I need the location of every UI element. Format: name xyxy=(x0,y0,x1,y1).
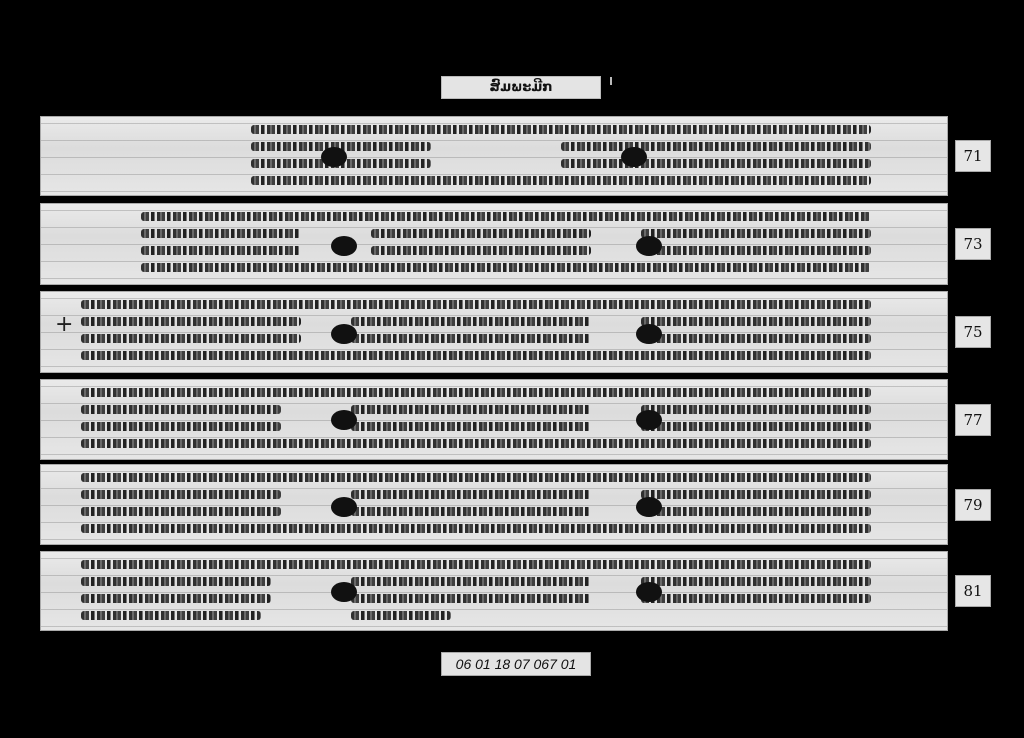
palm-leaf-79 xyxy=(40,464,948,545)
script-line xyxy=(41,211,947,222)
handwritten-script-text xyxy=(641,422,871,431)
leaf-ruling-line xyxy=(41,278,947,279)
handwritten-script-text xyxy=(81,439,871,448)
manuscript-id-label: 06 01 18 07 067 01 xyxy=(441,652,591,676)
script-line xyxy=(41,610,947,621)
page-number-label: 81 xyxy=(955,575,991,607)
page-number-label: 77 xyxy=(955,404,991,436)
palm-leaf-73 xyxy=(40,203,948,285)
script-line xyxy=(41,593,947,604)
binding-hole xyxy=(331,236,357,256)
handwritten-script-text xyxy=(81,524,871,533)
handwritten-script-text xyxy=(141,229,301,238)
binding-hole xyxy=(331,410,357,430)
leaf-ruling-line xyxy=(41,366,947,367)
script-line xyxy=(41,333,947,344)
handwritten-script-text xyxy=(641,507,871,516)
handwritten-script-text xyxy=(351,317,591,326)
script-line xyxy=(41,489,947,500)
handwritten-script-text xyxy=(81,317,301,326)
handwritten-script-text xyxy=(371,246,591,255)
scan-speck xyxy=(610,77,612,85)
handwritten-script-text xyxy=(641,317,871,326)
binding-hole xyxy=(331,497,357,517)
handwritten-script-text xyxy=(641,405,871,414)
script-line xyxy=(41,141,947,152)
binding-hole xyxy=(331,324,357,344)
leaf-ruling-line xyxy=(41,191,947,192)
handwritten-script-text xyxy=(641,594,871,603)
script-line xyxy=(41,559,947,570)
binding-hole xyxy=(636,236,662,256)
handwritten-script-text xyxy=(141,212,871,221)
palm-leaf-75: + xyxy=(40,291,948,373)
script-line xyxy=(41,387,947,398)
script-line xyxy=(41,299,947,310)
script-line xyxy=(41,228,947,239)
script-line xyxy=(41,175,947,186)
handwritten-script-text xyxy=(641,229,871,238)
script-line xyxy=(41,506,947,517)
handwritten-script-text xyxy=(561,142,871,151)
handwritten-script-text xyxy=(251,176,871,185)
page-number-label: 79 xyxy=(955,489,991,521)
handwritten-script-text xyxy=(81,334,301,343)
leaf-ruling-line xyxy=(41,539,947,540)
script-line xyxy=(41,124,947,135)
binding-hole xyxy=(636,582,662,602)
handwritten-script-text xyxy=(81,611,261,620)
script-line xyxy=(41,421,947,432)
binding-hole xyxy=(636,497,662,517)
handwritten-script-text xyxy=(81,351,871,360)
script-line xyxy=(41,576,947,587)
page-number-label: 71 xyxy=(955,140,991,172)
handwritten-script-text xyxy=(351,490,591,499)
binding-hole xyxy=(331,582,357,602)
handwritten-script-text xyxy=(81,507,281,516)
binding-hole xyxy=(636,324,662,344)
handwritten-script-text xyxy=(81,490,281,499)
leaf-ruling-line xyxy=(41,454,947,455)
page-number-label: 75 xyxy=(955,316,991,348)
handwritten-script-text xyxy=(81,577,271,586)
handwritten-script-text xyxy=(351,507,591,516)
palm-leaf-81 xyxy=(40,551,948,631)
script-line xyxy=(41,158,947,169)
handwritten-script-text xyxy=(641,577,871,586)
handwritten-script-text xyxy=(81,560,871,569)
binding-hole xyxy=(321,147,347,167)
handwritten-script-text xyxy=(351,405,591,414)
handwritten-script-text xyxy=(81,405,281,414)
handwritten-script-text xyxy=(561,159,871,168)
binding-hole xyxy=(621,147,647,167)
binding-hole xyxy=(636,410,662,430)
script-line xyxy=(41,245,947,256)
leaf-ruling-line xyxy=(41,626,947,627)
script-line xyxy=(41,438,947,449)
handwritten-script-text xyxy=(351,594,591,603)
handwritten-script-text xyxy=(351,611,451,620)
script-line xyxy=(41,262,947,273)
palm-leaf-77 xyxy=(40,379,948,460)
handwritten-script-text xyxy=(81,300,871,309)
handwritten-script-text xyxy=(141,246,301,255)
palm-leaf-71 xyxy=(40,116,948,196)
page-number-label: 73 xyxy=(955,228,991,260)
margin-cross-mark: + xyxy=(55,312,73,337)
handwritten-script-text xyxy=(351,334,591,343)
handwritten-script-text xyxy=(351,577,591,586)
handwritten-script-text xyxy=(81,422,281,431)
handwritten-script-text xyxy=(641,246,871,255)
handwritten-script-text xyxy=(371,229,591,238)
script-line xyxy=(41,316,947,327)
manuscript-title-label: ສົມພະມີກ xyxy=(441,76,601,99)
script-line xyxy=(41,523,947,534)
handwritten-script-text xyxy=(81,594,271,603)
handwritten-script-text xyxy=(141,263,871,272)
handwritten-script-text xyxy=(81,388,871,397)
handwritten-script-text xyxy=(351,422,591,431)
handwritten-script-text xyxy=(81,473,871,482)
script-line xyxy=(41,404,947,415)
handwritten-script-text xyxy=(641,334,871,343)
handwritten-script-text xyxy=(641,490,871,499)
script-line xyxy=(41,472,947,483)
script-line xyxy=(41,350,947,361)
handwritten-script-text xyxy=(251,125,871,134)
